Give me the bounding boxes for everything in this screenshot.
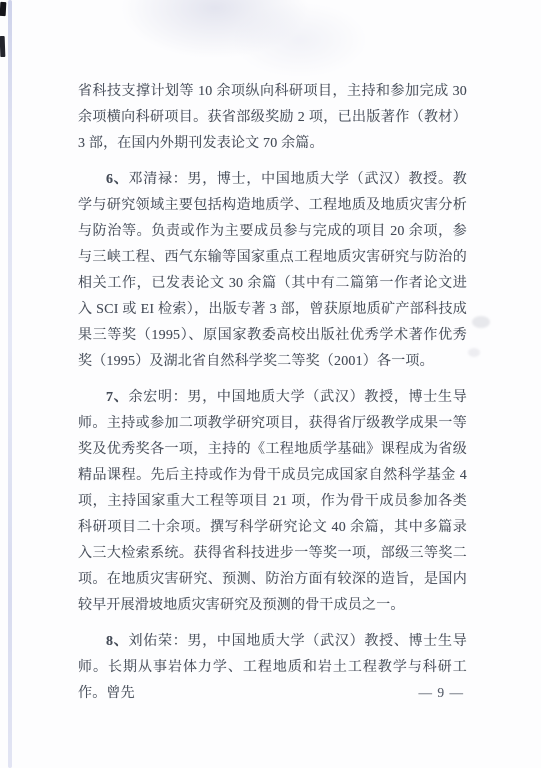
paragraph-number: 6、 bbox=[106, 172, 128, 187]
document-paragraph: 6、邓清禄：男，博士，中国地质大学（武汉）教授。教学与研究领域主要包括构造地质学… bbox=[78, 167, 467, 375]
paragraph-number: 8、 bbox=[106, 634, 128, 649]
scanned-document-page: 省科技支撑计划等 10 余项纵向科研项目，主持和参加完成 30 余项横向科研项目… bbox=[0, 0, 541, 768]
document-paragraph: 省科技支撑计划等 10 余项纵向科研项目，主持和参加完成 30 余项横向科研项目… bbox=[78, 79, 467, 157]
document-paragraph: 8、刘佑荣：男，中国地质大学（武汉）教授、博士生导师。长期从事岩体力学、工程地质… bbox=[78, 629, 467, 707]
scan-smudge bbox=[468, 348, 480, 357]
document-text-block: 省科技支撑计划等 10 余项纵向科研项目，主持和参加完成 30 余项横向科研项目… bbox=[78, 79, 467, 707]
page-number: — 9 — bbox=[419, 685, 465, 701]
scan-edge-line bbox=[8, 0, 12, 768]
document-paragraph: 7、余宏明：男，中国地质大学（武汉）教授，博士生导师。主持或参加二项教学研究项目… bbox=[78, 385, 467, 619]
paragraph-text: 省科技支撑计划等 10 余项纵向科研项目，主持和参加完成 30 余项横向科研项目… bbox=[78, 84, 467, 151]
paragraph-text: 刘佑荣：男，中国地质大学（武汉）教授、博士生导师。长期从事岩体力学、工程地质和岩… bbox=[78, 634, 467, 701]
scan-mark bbox=[0, 36, 5, 57]
paragraph-text: 余宏明：男，中国地质大学（武汉）教授，博士生导师。主持或参加二项教学研究项目，获… bbox=[78, 390, 467, 613]
paragraph-number: 7、 bbox=[106, 390, 128, 405]
scan-smudge bbox=[472, 316, 490, 328]
paragraph-text: 邓清禄：男，博士，中国地质大学（武汉）教授。教学与研究领域主要包括构造地质学、工… bbox=[78, 172, 467, 369]
scan-mark bbox=[0, 2, 6, 16]
